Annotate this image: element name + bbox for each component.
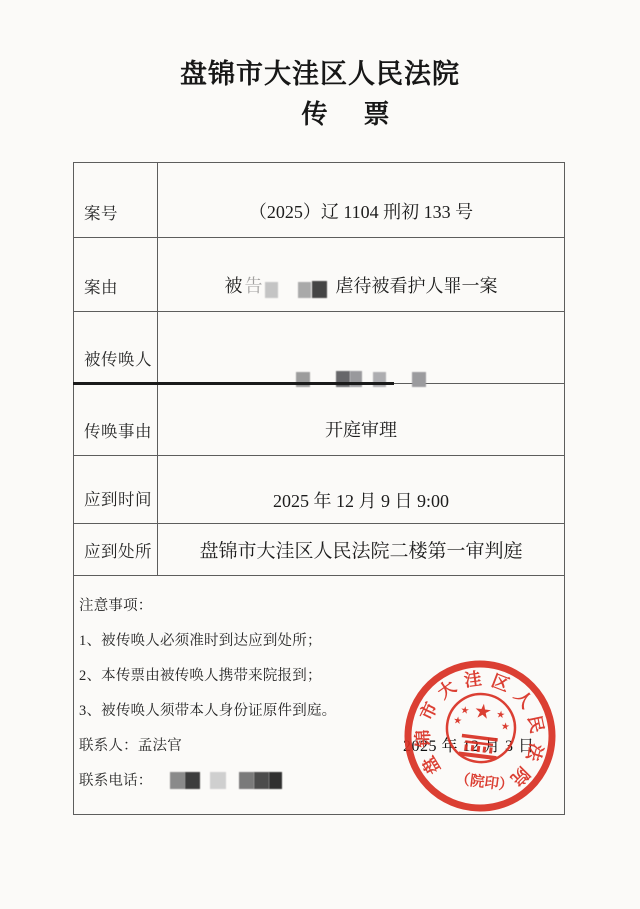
svg-text:法: 法 [522, 741, 546, 764]
svg-text:区: 区 [489, 670, 513, 695]
table-row-summoned-person: 被传唤人 [74, 312, 564, 384]
summons-reason-label: 传唤事由 [74, 384, 158, 455]
redaction-block [254, 772, 269, 789]
court-summons-document: 盘锦市大洼区人民法院 传 票 案号 （2025）辽 1104 刑初 133 号 … [0, 0, 640, 909]
redaction-block [265, 282, 278, 298]
case-number-value: （2025）辽 1104 刑初 133 号 [158, 163, 564, 237]
svg-text:锦: 锦 [413, 729, 434, 749]
table-row-case-number: 案号 （2025）辽 1104 刑初 133 号 [74, 163, 564, 238]
redaction-block [185, 772, 200, 789]
arrival-time-label: 应到时间 [74, 456, 158, 523]
svg-text:★: ★ [500, 721, 510, 733]
svg-text:★: ★ [473, 698, 494, 724]
case-cause-suffix: 虐待被看护人罪一案 [336, 272, 498, 298]
redaction-block [170, 772, 185, 789]
redaction-block [239, 772, 254, 789]
redaction-blocks-phone [170, 772, 282, 789]
redaction-block [269, 772, 282, 789]
case-cause-label: 案由 [74, 238, 158, 311]
case-number-label: 案号 [74, 163, 158, 237]
redaction-blocks-cause [265, 281, 327, 298]
court-seal: 盘锦市大洼区人民法院 ★ ★ ★ ★ ★ （院印） [391, 647, 569, 825]
summoned-person-value [158, 312, 564, 387]
handwritten-underline [73, 382, 394, 385]
table-row-summons-reason: 传唤事由 开庭审理 [74, 384, 564, 456]
note-item-1: 1、被传唤人必须准时到达应到处所； [79, 622, 556, 657]
svg-text:民: 民 [524, 714, 547, 736]
redaction-block [412, 372, 426, 387]
court-seal-graphic: 盘锦市大洼区人民法院 ★ ★ ★ ★ ★ （院印） [391, 647, 569, 825]
court-name-title: 盘锦市大洼区人民法院 [0, 52, 640, 91]
national-emblem-icon: ★ ★ ★ ★ ★ [443, 690, 519, 766]
redaction-block [312, 281, 327, 298]
redaction-block [298, 282, 311, 298]
arrival-time-value: 2025 年 12 月 9 日 9:00 [158, 456, 564, 523]
seal-inner-label: （院印） [455, 769, 515, 794]
table-row-arrival-time: 应到时间 2025 年 12 月 9 日 9:00 [74, 456, 564, 524]
summons-reason-value: 开庭审理 [158, 384, 564, 455]
case-cause-value: 被告 虐待被看护人罪一案 [158, 238, 564, 311]
case-cause-faded-char: 告 [245, 272, 263, 298]
document-title: 传 票 [28, 94, 640, 131]
svg-text:洼: 洼 [463, 668, 483, 690]
case-cause-prefix: 被 [225, 272, 243, 298]
svg-text:★: ★ [496, 709, 506, 721]
redaction-block [210, 772, 226, 789]
arrival-place-value: 盘锦市大洼区人民法院二楼第一审判庭 [158, 524, 564, 575]
arrival-place-label: 应到处所 [74, 524, 158, 575]
table-row-arrival-place: 应到处所 盘锦市大洼区人民法院二楼第一审判庭 [74, 524, 564, 576]
table-row-case-cause: 案由 被告 虐待被看护人罪一案 [74, 238, 564, 312]
contact-phone-label: 联系电话： [79, 769, 153, 790]
summoned-person-label: 被传唤人 [74, 312, 158, 383]
notes-heading: 注意事项： [79, 587, 556, 622]
svg-text:★: ★ [453, 715, 463, 727]
